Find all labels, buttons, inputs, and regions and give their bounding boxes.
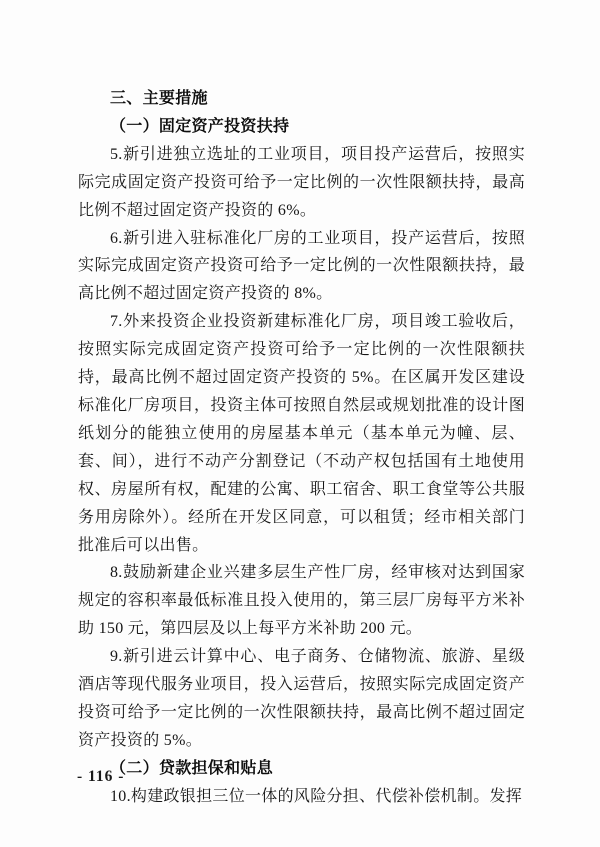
page-number: - 116 - (77, 768, 124, 786)
document-content: 三、主要措施 （一）固定资产投资扶持 5.新引进独立选址的工业项目，项目投产运营… (78, 85, 525, 811)
section-2-heading: （二）贷款担保和贴息 (78, 755, 525, 783)
paragraph-5: 5.新引进独立选址的工业项目，项目投产运营后，按照实际完成固定资产投资可给予一定… (78, 141, 525, 225)
document-page: 三、主要措施 （一）固定资产投资扶持 5.新引进独立选址的工业项目，项目投产运营… (0, 0, 600, 847)
paragraph-10: 10.构建政银担三位一体的风险分担、代偿补偿机制。发挥 (78, 783, 525, 811)
paragraph-7: 7.外来投资企业投资新建标准化厂房，项目竣工验收后，按照实际完成固定资产投资可给… (78, 308, 525, 559)
paragraph-8: 8.鼓励新建企业兴建多层生产性厂房，经审核对达到国家规定的容积率最低标准且投入使… (78, 559, 525, 643)
section-1-heading: （一）固定资产投资扶持 (78, 113, 525, 141)
paragraph-9: 9.新引进云计算中心、电子商务、仓储物流、旅游、星级酒店等现代服务业项目，投入运… (78, 643, 525, 755)
main-heading: 三、主要措施 (78, 85, 525, 113)
paragraph-6: 6.新引进入驻标准化厂房的工业项目，投产运营后，按照实际完成固定资产投资可给予一… (78, 225, 525, 309)
